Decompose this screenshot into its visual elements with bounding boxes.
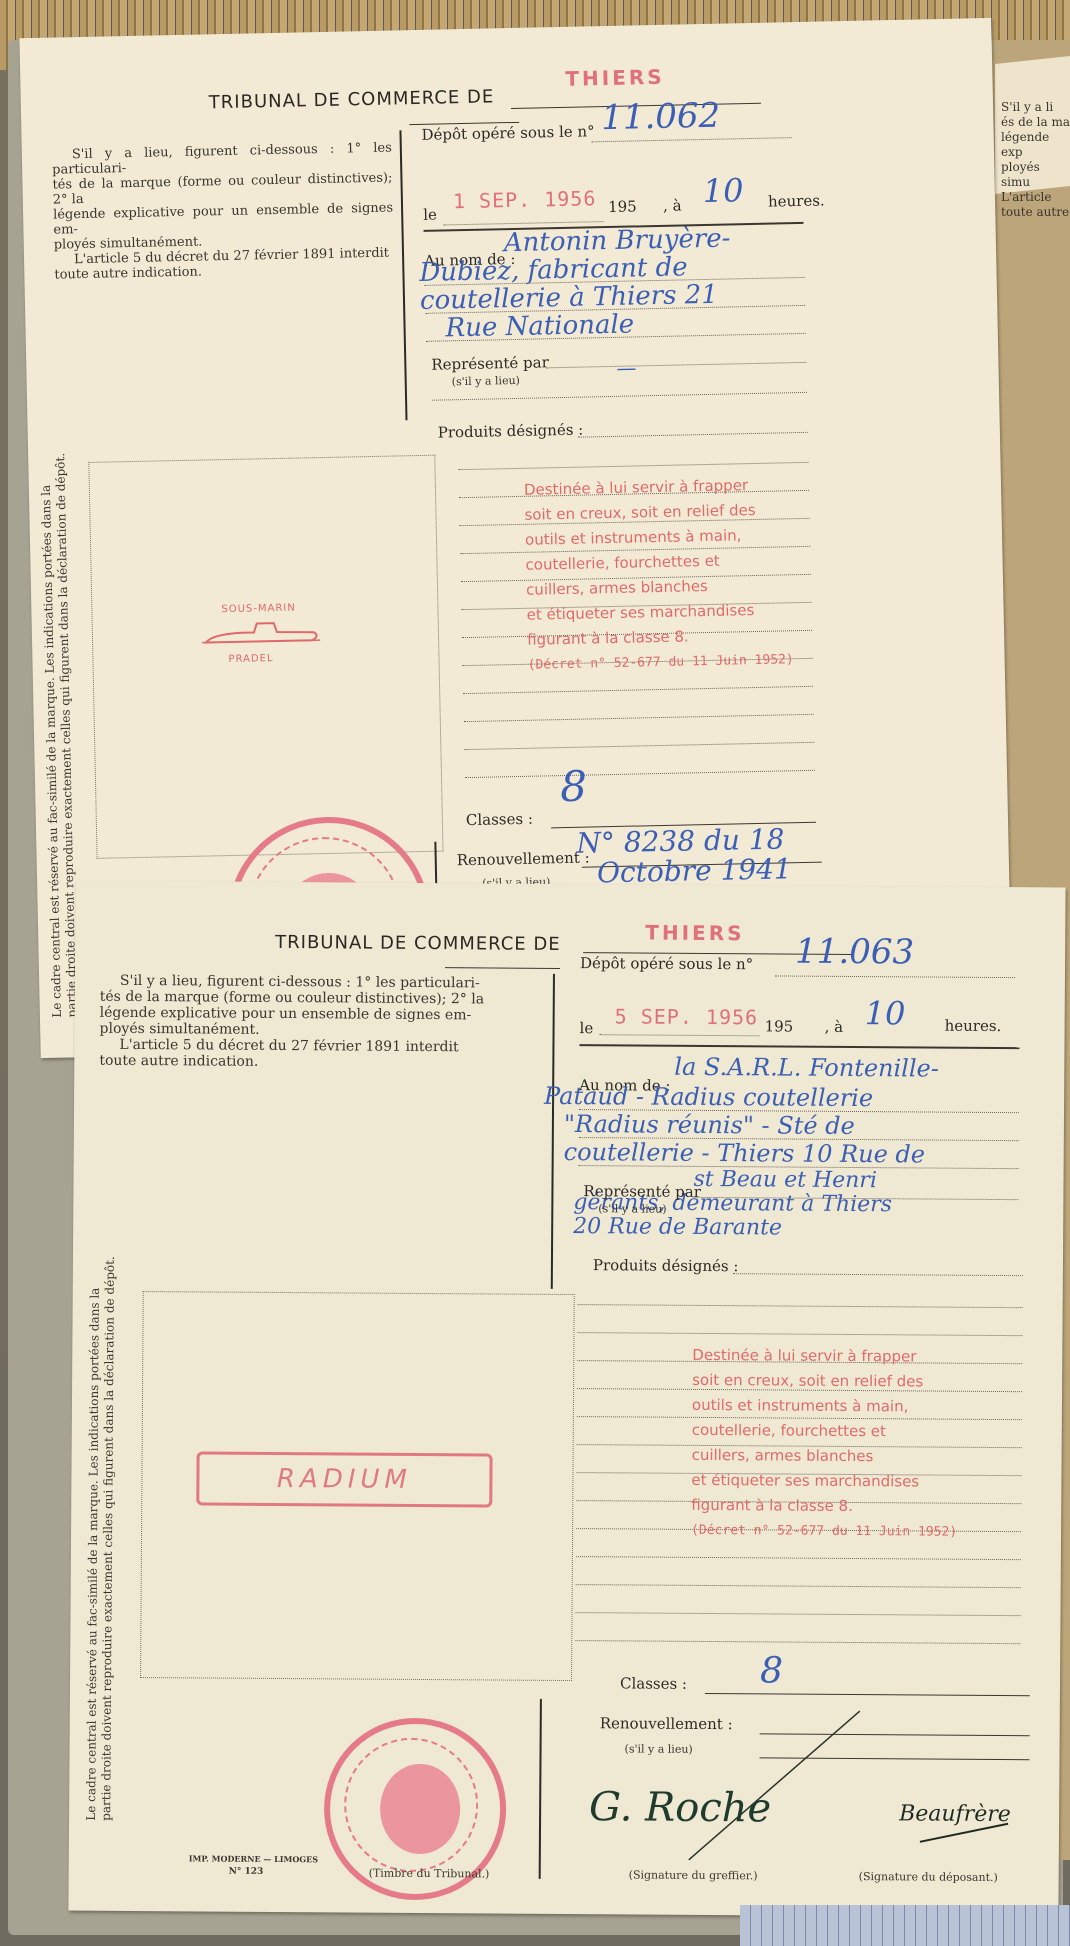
form2-au-nom-line-2: Pataud - Radius coutellerie	[544, 1082, 873, 1112]
depot-number-line	[775, 975, 1015, 978]
form2-hours-label: heures.	[945, 1017, 1002, 1035]
form2-header: TRIBUNAL DE COMMERCE DE	[275, 932, 561, 955]
form2-vertical-note: Le cadre central est réservé au fac-simi…	[84, 1256, 118, 1821]
form2-date-label: le	[580, 1019, 594, 1037]
form2-classes-label: Classes :	[620, 1674, 687, 1692]
form1-vertical-note: Le cadre central est réservé au fac-simi…	[38, 453, 80, 1018]
represente-line	[546, 362, 806, 368]
form2-produits-label: Produits désignés :	[593, 1256, 739, 1275]
mark-top-text: SOUS-MARIN	[221, 603, 296, 616]
form2-au-nom-line-7: 20 Rue de Barante	[573, 1214, 782, 1240]
form1-date-label: le	[423, 206, 437, 224]
form2-notice: S'il y a lieu, figurent ci-dessous : 1° …	[99, 973, 530, 1072]
form2-depot-label: Dépôt opéré sous le n°	[580, 954, 753, 973]
form2-printer-line-2: N° 123	[229, 1867, 264, 1877]
form2-date-stamp: 5 SEP. 1956	[615, 1004, 759, 1029]
form2-classes-value: 8	[760, 1650, 783, 1691]
mark-bottom-text: PRADEL	[228, 653, 273, 665]
form1-products-stamp: Destinée à lui servir à frapper soit en …	[524, 472, 798, 678]
produits-line	[578, 432, 808, 438]
form2-signature-greffier: G. Roche	[589, 1784, 771, 1831]
form1-depot-number: 11.062	[601, 96, 721, 138]
form1-renouvellement-label: Renouvellement :	[457, 849, 590, 870]
form1-at-label: , à	[663, 196, 682, 214]
form1-notice: S'il y a lieu, figurent ci-dessous : 1° …	[52, 141, 395, 283]
produits-line	[733, 1273, 1023, 1276]
date-line	[600, 1034, 760, 1036]
form1-hour: 10	[702, 171, 744, 210]
form2-city-stamp: THIERS	[645, 921, 744, 946]
form2-sil-label: (s'il y a lieu)	[598, 1202, 666, 1215]
form2-timbre-label: (Timbre du Tribunal.)	[369, 1867, 490, 1881]
depot-number-line	[592, 137, 792, 142]
background-card-text: S'il y a li és de la ma légende exp ploy…	[1001, 100, 1070, 220]
form1-city-stamp: THIERS	[565, 65, 665, 91]
form1-date-stamp: 1 SEP. 1956	[453, 186, 597, 213]
form2-printer-line-1: IMP. MODERNE — LIMOGES	[189, 1853, 318, 1864]
form1-classes-label: Classes :	[466, 810, 533, 829]
form2-greffier-label: (Signature du greffier.)	[629, 1868, 758, 1882]
header-rule	[445, 967, 560, 969]
form2-at-label: , à	[825, 1018, 844, 1036]
date-rule	[579, 1044, 1019, 1049]
form1-year-prefix: 195	[608, 197, 637, 216]
form2-products-stamp: Destinée à lui servir à frapper soit en …	[691, 1343, 962, 1545]
form2-year-prefix: 195	[765, 1017, 794, 1035]
form2-signature-deposant: Beaufrère	[899, 1801, 1011, 1827]
form2-hour: 10	[865, 994, 906, 1032]
form1-sil-label: (s'il y a lieu)	[452, 374, 520, 388]
form1-hours-label: heures.	[768, 191, 825, 210]
submarine-icon	[202, 618, 323, 651]
form1-produits-label: Produits désignés :	[438, 421, 584, 442]
classes-line	[705, 1693, 1030, 1696]
form2-au-nom-line-4: coutellerie - Thiers 10 Rue de	[564, 1138, 926, 1169]
deposit-form-2: TRIBUNAL DE COMMERCE DE THIERS S'il y a …	[68, 881, 1065, 1918]
form1-represente-label: Représenté par	[431, 353, 549, 373]
form2-represente-label: Représenté par	[583, 1182, 701, 1201]
form2-au-nom-line-1: la S.A.R.L. Fontenille-	[674, 1053, 939, 1083]
form2-depot-number: 11.063	[795, 932, 914, 973]
date-line	[443, 221, 603, 225]
form2-trademark-radium: RADIUM	[196, 1451, 492, 1507]
form2-deposant-label: (Signature du déposant.)	[859, 1870, 998, 1884]
form2-au-nom-line-3: "Radius réunis" - Sté de	[564, 1110, 855, 1140]
represente-line-2	[432, 392, 807, 401]
form1-represente-value: —	[616, 355, 636, 379]
form1-header: TRIBUNAL DE COMMERCE DE	[209, 86, 495, 113]
form1-classes-value: 8	[560, 762, 588, 812]
form1-trademark-sous-marin: SOUS-MARIN PRADEL	[201, 602, 343, 685]
form2-divider	[551, 974, 555, 1289]
form2-au-nom-line-5: st Beau et Henri	[693, 1167, 877, 1193]
ruler-edge	[740, 1905, 1070, 1946]
form2-bottom-divider	[539, 1699, 542, 1879]
form1-divider	[399, 130, 407, 420]
form1-depot-label: Dépôt opéré sous le n°	[421, 122, 594, 144]
